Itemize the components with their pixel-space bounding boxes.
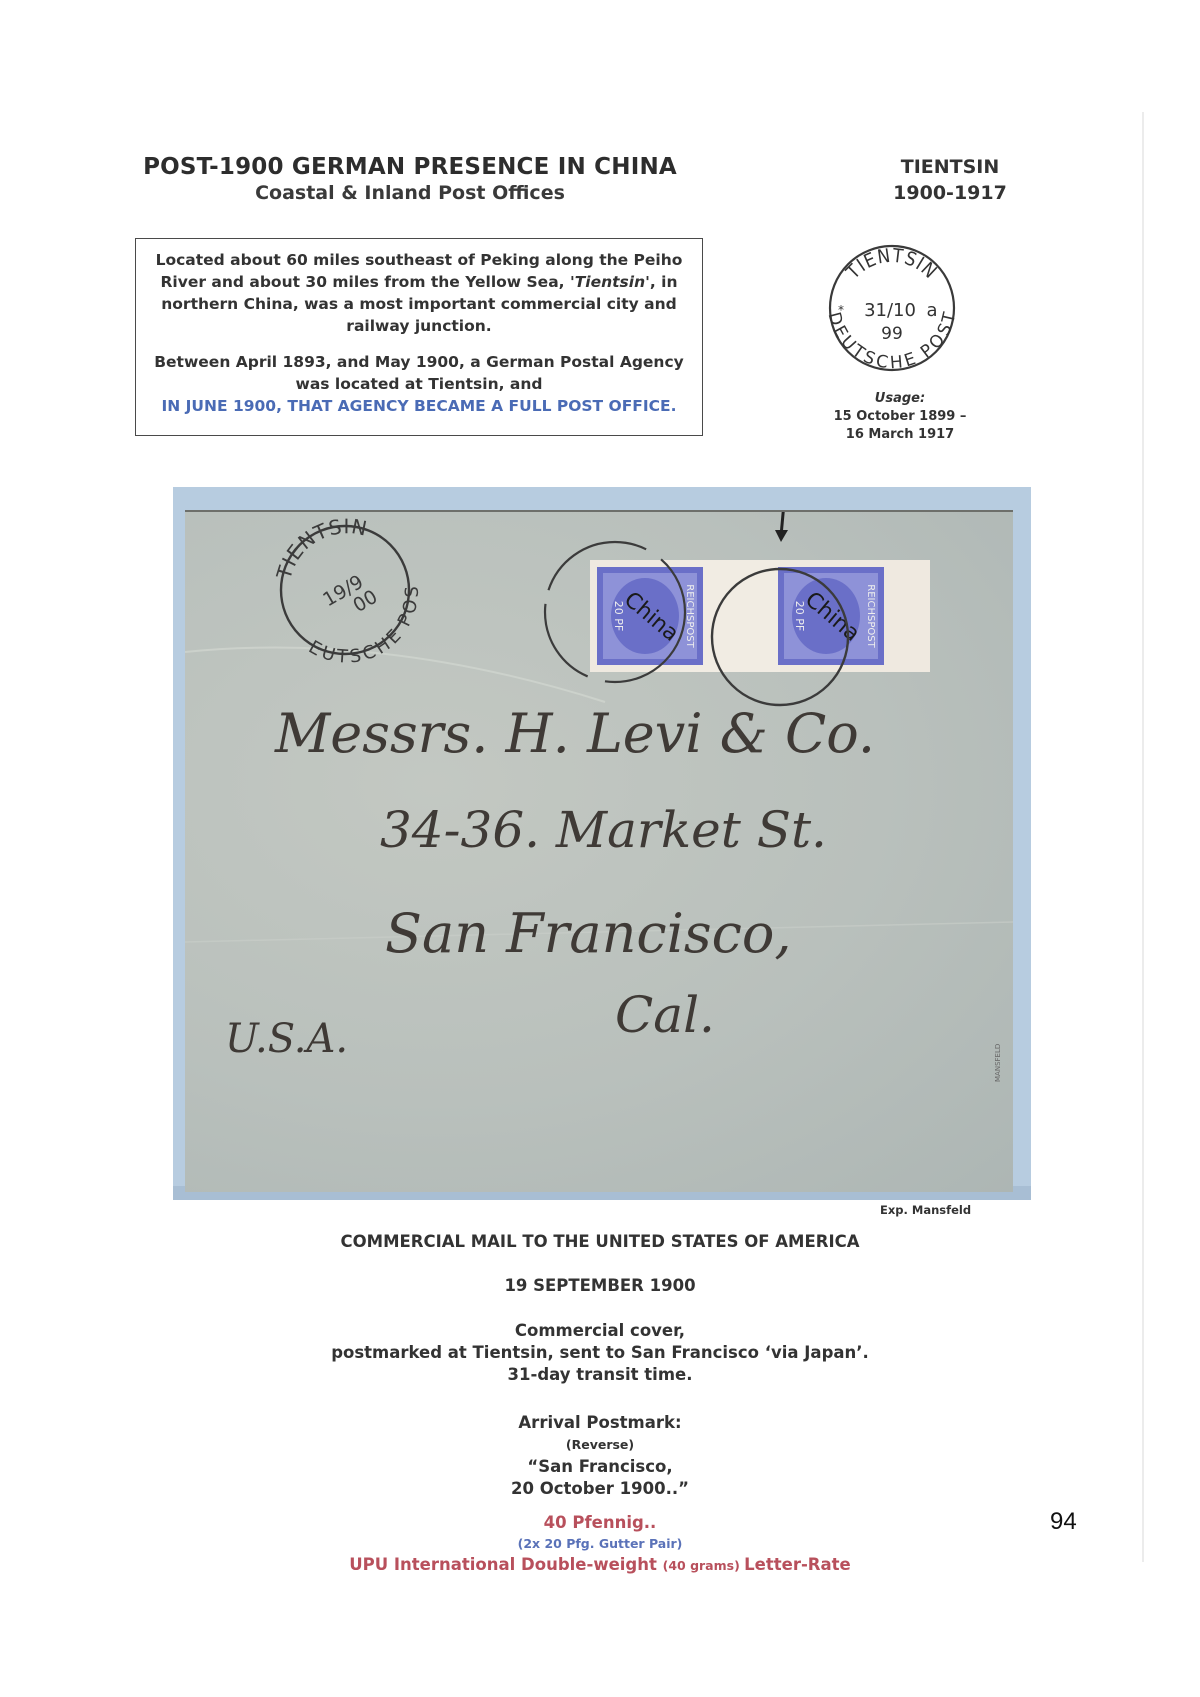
rate-detail: (2x 20 Pfg. Gutter Pair) bbox=[300, 1533, 900, 1554]
svg-text:*: * bbox=[838, 303, 844, 317]
office-heading: TIENTSIN 1900-1917 bbox=[880, 156, 1020, 204]
cover-date: 19 SEPTEMBER 1900 bbox=[300, 1276, 900, 1295]
cover-description: Commercial cover, postmarked at Tientsin… bbox=[300, 1320, 900, 1386]
rate-description: UPU International Double-weight (40 gram… bbox=[300, 1554, 900, 1576]
info-paragraph-2: Between April 1893, and May 1900, a Germ… bbox=[148, 351, 690, 417]
expert-mark: MANSFELD bbox=[994, 1044, 1002, 1082]
svg-text:San Francisco,: San Francisco, bbox=[385, 902, 792, 965]
cover-title: COMMERCIAL MAIL TO THE UNITED STATES OF … bbox=[300, 1232, 900, 1251]
svg-text:Messrs. H. Levi & Co.: Messrs. H. Levi & Co. bbox=[274, 702, 875, 765]
page-subtitle: Coastal & Inland Post Offices bbox=[130, 182, 690, 204]
office-years: 1900-1917 bbox=[880, 182, 1020, 204]
svg-text:Cal.: Cal. bbox=[615, 986, 715, 1044]
svg-text:99: 99 bbox=[881, 324, 903, 344]
stamp-left: REICHSPOST 20 PF China bbox=[597, 567, 703, 665]
svg-text:a: a bbox=[926, 300, 937, 321]
info-paragraph-1: Located about 60 miles southeast of Peki… bbox=[148, 249, 690, 337]
svg-text:TIENTSIN: TIENTSIN bbox=[841, 245, 941, 285]
page-number: 94 bbox=[1050, 1508, 1077, 1536]
postal-cover: TIENTSIN DEUTSCHE POST 19/9 00 REICHSPOS… bbox=[185, 510, 1013, 1192]
page-edge-line bbox=[1142, 112, 1144, 1562]
svg-text:REICHSPOST: REICHSPOST bbox=[865, 584, 876, 648]
stamp-right: REICHSPOST 20 PF China bbox=[778, 567, 884, 665]
rate-amount: 40 Pfennig.. bbox=[300, 1512, 900, 1533]
postage-rate: 40 Pfennig.. (2x 20 Pfg. Gutter Pair) UP… bbox=[300, 1512, 900, 1576]
office-city: TIENTSIN bbox=[880, 156, 1020, 178]
svg-text:U.S.A.: U.S.A. bbox=[225, 1016, 348, 1062]
info-box: Located about 60 miles southeast of Peki… bbox=[135, 238, 703, 436]
svg-text:34-36. Market St.: 34-36. Market St. bbox=[380, 801, 827, 859]
usage-period: Usage: 15 October 1899 – 16 March 1917 bbox=[810, 390, 990, 444]
postmark-left-icon: TIENTSIN DEUTSCHE POST 19/9 00 bbox=[271, 514, 422, 668]
stamp-gutter-pair: REICHSPOST 20 PF China REICHSPOST 20 PF … bbox=[590, 560, 930, 672]
postmark-example-icon: TIENTSIN DEUTSCHE POST * 31/10 a 99 bbox=[822, 238, 962, 378]
arrival-postmark: Arrival Postmark: (Reverse) “San Francis… bbox=[300, 1412, 900, 1500]
page-title: POST-1900 GERMAN PRESENCE IN CHINA bbox=[130, 154, 690, 180]
handwritten-address: Messrs. H. Levi & Co. 34-36. Market St. … bbox=[225, 702, 875, 1062]
expertization-label: Exp. Mansfeld bbox=[880, 1203, 971, 1217]
info-highlight: IN JUNE 1900, THAT AGENCY BECAME A FULL … bbox=[162, 397, 677, 415]
page-header: POST-1900 GERMAN PRESENCE IN CHINA Coast… bbox=[130, 154, 690, 204]
svg-text:31/10: 31/10 bbox=[864, 300, 916, 321]
